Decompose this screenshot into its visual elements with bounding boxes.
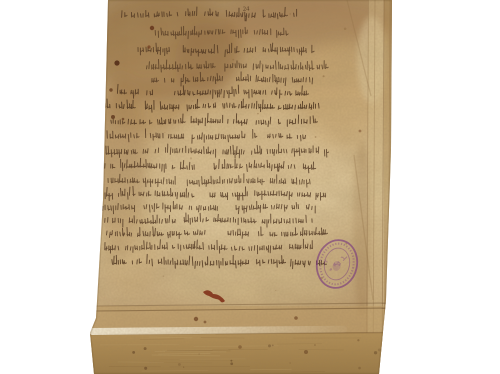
manuscript-leaf: 24	[80, 0, 400, 374]
manuscript-photo: 24	[0, 0, 500, 374]
photo-grain	[80, 0, 400, 374]
photo-page: 24	[0, 0, 500, 374]
